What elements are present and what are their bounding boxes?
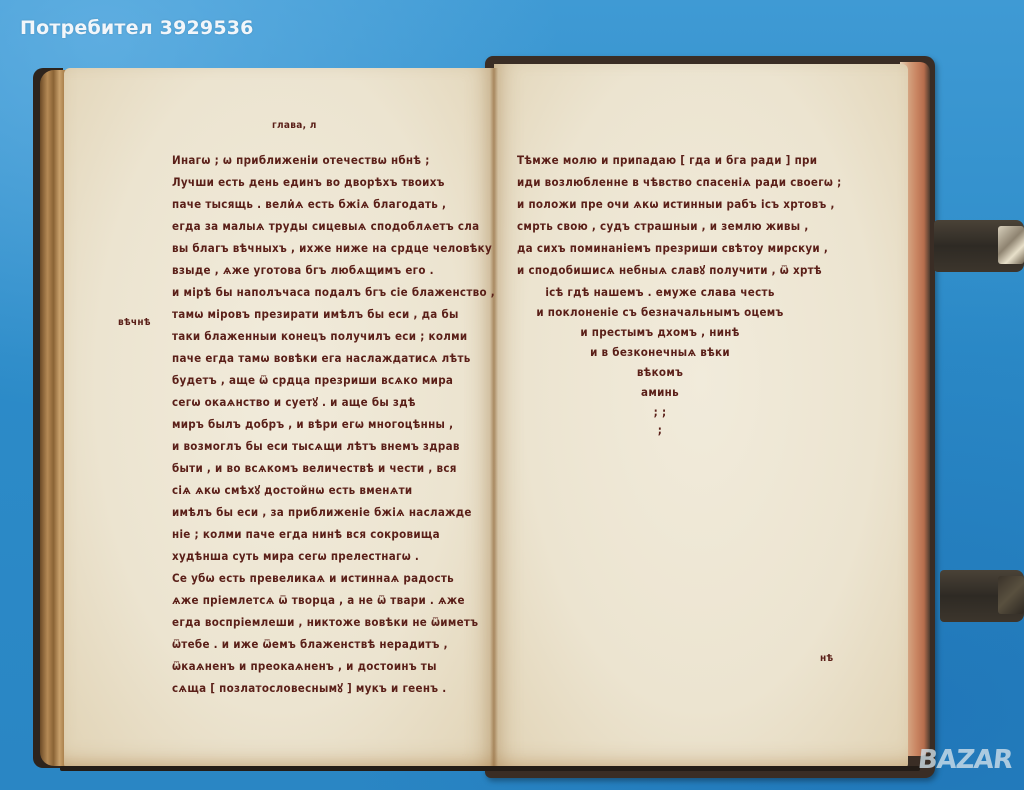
text-line: и возмоглъ бы еси тысѧщи лѣтъ внемъ здра…: [172, 439, 462, 453]
text-line: да сихъ поминаніемъ презриши свѣтоу мирс…: [517, 241, 807, 255]
book-gutter: [490, 68, 498, 768]
text-line: миръ былъ добръ , и вѣри егѡ многоцѣнны …: [172, 417, 462, 431]
text-line: ѿтебе . и иже ѿемъ блаженствѣ нерадитъ ,: [172, 637, 462, 651]
text-line: Инагѡ ; ѡ приближеніи отечествѡ нбнѣ ;: [172, 153, 462, 167]
clasp-plate-bottom: [998, 576, 1024, 614]
text-line: смрть свою , судъ страшныи , и землю жив…: [517, 219, 807, 233]
bazar-logo: BAZAR: [916, 745, 1013, 775]
open-book: глава, л вѣчнѣ Инагѡ ; ѡ приближеніи оте…: [0, 0, 1024, 790]
clasp-plate-top: [998, 226, 1024, 264]
user-watermark: Потребител 3929536: [20, 17, 254, 39]
text-line: худѣнша суть мира сегѡ прелестнагѡ .: [172, 549, 462, 563]
text-line: паче тысящь . вели̇ѧ есть бжі̇ѧ благодат…: [172, 197, 462, 211]
text-line: паче егда тамѡ вовѣки ега наслаждатисѧ л…: [172, 351, 462, 365]
text-line: ісѣ гдѣ нашемъ . емуже слава честь: [500, 285, 820, 299]
text-line: егда воспріемлеши , никтоже вовѣки не ѿи…: [172, 615, 462, 629]
text-line: будетъ , аще ѿ срдца презриши всѧко мира: [172, 373, 462, 387]
text-line: тамѡ міровъ презирати имѣлъ бы еси , да …: [172, 307, 462, 321]
centered-line: и престымъ дхомъ , нинѣ: [500, 325, 820, 339]
metal-clasp-bottom: [940, 570, 1024, 622]
text-line: ѿкаѧненъ и преокаѧненъ , и достоинъ ты: [172, 659, 462, 673]
text-line: сіѧ ѧкѡ смѣхꙋ достойнѡ есть вменѧти: [172, 483, 462, 498]
page-signature: нѣ: [820, 653, 833, 664]
text-line: ѧже пріемлетсѧ ѿ творца , а не ѿ твари .…: [172, 593, 462, 607]
text-line: быти , и во всѧкомъ величествѣ и чести ,…: [172, 461, 462, 475]
text-line: имѣлъ бы еси , за приближеніе бжіѧ насла…: [172, 505, 462, 519]
text-line: Се убѡ есть превеликаѧ и истиннаѧ радост…: [172, 571, 462, 585]
text-line: и мірѣ бы наполъчаса подалъ бгъ сіе блаж…: [172, 285, 462, 299]
centered-line: аминь: [500, 385, 820, 399]
centered-line: и в безконечныѧ вѣки: [500, 345, 820, 359]
book-bottom-edge: [60, 766, 920, 771]
text-line: иди возлюбленне в чѣвство спасеніѧ ради …: [517, 175, 807, 189]
centered-line: и поклоненіе съ безначальнымъ оцемъ: [500, 305, 820, 319]
end-ornament: ;: [500, 423, 820, 437]
centered-line: вѣкомъ: [500, 365, 820, 379]
metal-clasp-top: [934, 220, 1024, 272]
margin-note: вѣчнѣ: [118, 317, 151, 328]
text-line: и сподобишисѧ небныѧ славꙋ получити , ѿ …: [517, 263, 807, 278]
text-line: егда за малыѧ труды сицевыѧ сподоблѧетъ …: [172, 219, 462, 233]
end-ornament: ; ;: [500, 405, 820, 419]
chapter-heading: глава, л: [272, 120, 317, 131]
text-line: взыде , ѧже уготова бгъ любѧщимъ его .: [172, 263, 462, 277]
text-line: сѧща [ позлатословеснымꙋ ] мукъ и геенъ …: [172, 681, 462, 696]
text-line: и положи пре очи ѧкѡ истинныи рабъ ісъ х…: [517, 197, 807, 211]
text-line: Тѣмже молю и припадаю [ гда и бга ради ]…: [517, 153, 807, 167]
text-line: таки блаженныи конецъ получилъ еси ; кол…: [172, 329, 462, 343]
text-line: вы благъ вѣчныхъ , ихже ниже на срдце че…: [172, 241, 462, 255]
text-line: сегѡ окаѧнство и суетꙋ . и аще бы здѣ: [172, 395, 462, 410]
text-line: ніе ; колми паче егда нинѣ вся сокровища: [172, 527, 462, 541]
text-line: Лучши есть день единъ во дворѣхъ твоихъ: [172, 175, 462, 189]
